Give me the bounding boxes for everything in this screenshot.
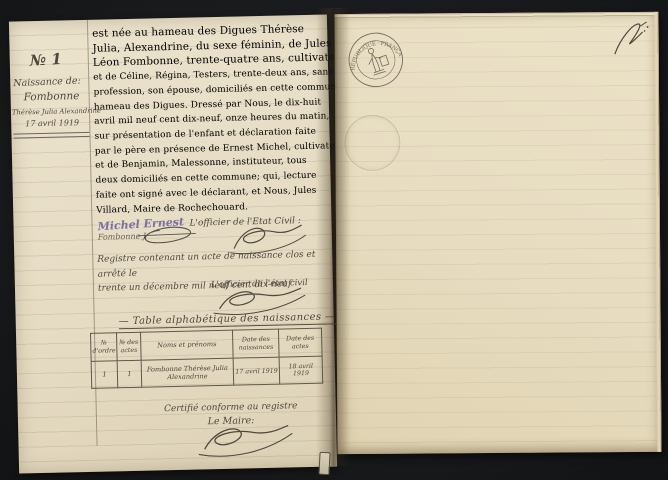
certification-line: Certifié conforme au registre bbox=[136, 401, 326, 415]
col-header-act-date: Date des actes bbox=[278, 328, 322, 357]
act-margin-surname: Fombonne bbox=[23, 90, 79, 103]
mayor-signature-icon bbox=[194, 421, 295, 459]
births-index-table: № d'ordre № des actes Noms et prénoms Da… bbox=[90, 328, 323, 389]
register-left-page: № 1 Naissance de: Fombonne Thérèse Julia… bbox=[9, 14, 337, 473]
cell-order-no: 1 bbox=[91, 361, 118, 389]
cell-act-no: 1 bbox=[117, 360, 141, 388]
birth-act-text: est née au hameau des Digues Thérèse Jul… bbox=[92, 22, 318, 218]
stamp-text: RÉPUBLIQUE · FRANÇAISE bbox=[339, 23, 404, 75]
svg-text:RÉPUBLIQUE · FRANÇAISE: RÉPUBLIQUE · FRANÇAISE bbox=[339, 23, 404, 75]
embossed-seal-icon bbox=[344, 115, 400, 171]
act-margin-date: 17 avril 1919 bbox=[25, 118, 79, 128]
margin-closing-rule bbox=[13, 132, 89, 139]
declarant-signature-flourish-icon bbox=[136, 222, 199, 247]
col-header-order-no: № d'ordre bbox=[91, 333, 118, 362]
cell-names: Fombonne Thérèse Julia Alexandrine bbox=[141, 358, 234, 387]
act-number: № 1 bbox=[29, 50, 62, 70]
alphabetical-table-heading: — Table alphabétique des naissances — bbox=[119, 311, 336, 329]
act-margin-given-names: Thérèse Julia Alexandrine bbox=[12, 107, 101, 117]
republique-francaise-stamp-icon: RÉPUBLIQUE · FRANÇAISE bbox=[339, 23, 412, 96]
act-margin-title: Naissance de: bbox=[13, 75, 81, 89]
register-right-page: RÉPUBLIQUE · FRANÇAISE bbox=[334, 12, 661, 454]
col-header-act-no: № des actes bbox=[117, 332, 141, 361]
cell-birth-date: 17 avril 1919 bbox=[233, 357, 279, 385]
cell-act-date: 18 avril 1919 bbox=[279, 356, 323, 384]
folio-paraph-mark-icon bbox=[607, 18, 653, 60]
binding-stitch bbox=[318, 452, 330, 476]
col-header-birth-date: Date des naissances bbox=[233, 329, 279, 358]
table-row: 1 1 Fombonne Thérèse Julia Alexandrine 1… bbox=[91, 356, 323, 388]
col-header-names: Noms et prénoms bbox=[140, 330, 233, 360]
